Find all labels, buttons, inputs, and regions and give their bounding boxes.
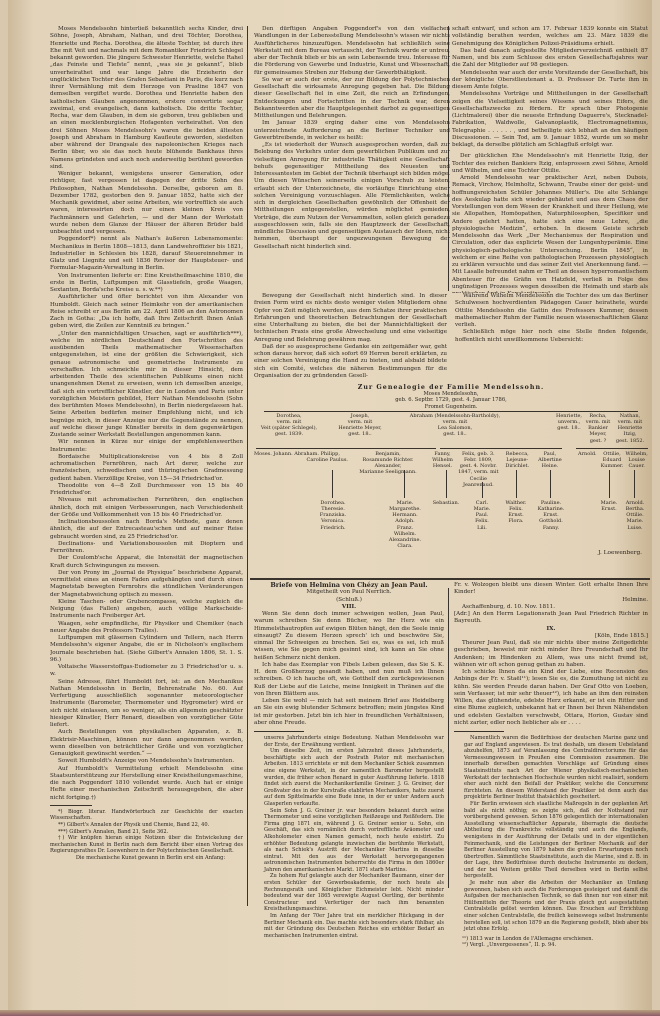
endnotes: ¹¹) 1813 war in London de l'Allemagne er…: [454, 936, 648, 949]
article-column-3: schaft entwarf, und schon am 17. Februar…: [452, 26, 648, 293]
child-recha: Recha, verm. mit Bankier Meyer, gest. ?: [584, 413, 612, 444]
child-line: gest. 18..: [324, 431, 396, 437]
footnote-divider: [454, 731, 504, 732]
grandchildren-joseph: Benjamin, Rosamunde Richter. Alexander, …: [354, 451, 422, 476]
paragraph: Inclinationsboussolen nach Borda's Metho…: [50, 519, 243, 541]
grandchild: Abraham.: [294, 451, 319, 457]
scan-edge: [0, 1010, 660, 1016]
section-divider: [250, 578, 650, 580]
letters-left-column: Briefe von Helmina von Chézy an Jean Pau…: [254, 582, 444, 939]
genealogy-root: Moses Mendelssohn, geb. 6. Septbr. 1729,…: [254, 391, 648, 410]
letters-right-column: Fr. v. Wolzogen bleibt uns diesen Winter…: [454, 582, 648, 949]
paragraph: Daß der so ausgesprochene Gedanke ein ze…: [254, 344, 447, 380]
grandchild: Fanny, Wilhelm Hensel.: [430, 451, 455, 488]
footnotes: *) Biogr. literar. Handwörterbuch zur Ge…: [50, 809, 243, 862]
child-line: gest. 1852.: [612, 438, 648, 444]
footnote-paragraph: Sein Sohn J. G. Greiner jr. war besonder…: [264, 808, 444, 874]
footnote-paragraph: Um dieselbe Zeit, im ersten Jahrzehnt di…: [264, 748, 444, 807]
tree-connector: [609, 470, 610, 498]
tree-connector: [264, 411, 638, 412]
footnote-divider: [254, 731, 304, 732]
great-grandchild: Ernst.: [596, 506, 622, 512]
article-column-2: Den dürftigen Angaben Poggendorf's von d…: [254, 26, 450, 293]
child-line: gest. ?: [584, 438, 612, 444]
footnote-continuation: Die mechanische Kunst gewann in Berlin e…: [50, 855, 243, 862]
letters-part: (Schluß.): [254, 597, 444, 604]
paragraph: Der Coulomb'sche Apparat, die Intensität…: [50, 555, 243, 570]
paragraph: Soweit Humboldt's Anzeige von Mendelssoh…: [50, 758, 243, 765]
footnote: **) Gilbert's Annalen der Physik und Che…: [50, 822, 243, 829]
letter-place-date: Aschaffenburg, d. 10. Nov. 1811.: [454, 604, 648, 611]
great-grandchild: Lili.: [468, 525, 496, 531]
paragraph: Weniger bekannt, wenigstens unserer Gene…: [50, 171, 243, 236]
paragraph: Niveaus mit achromatischen Fernröhren, d…: [50, 497, 243, 519]
grandchild: Ottilie, Eduard Kummer.: [601, 451, 624, 470]
article-column-1: Moses Mendelssohn hinterließ bekanntlich…: [50, 26, 243, 906]
paragraph: Bordaische Multiplicationskreise von 4 b…: [50, 454, 243, 483]
great-grandchild: Clara.: [386, 543, 424, 549]
article-signature: J. Loewenberg.: [254, 550, 642, 557]
paragraph: Declinations- und Variationsboussolen mi…: [50, 541, 243, 556]
letter-number-8: VIII.: [254, 604, 444, 611]
great-grandchild: Luise.: [622, 525, 648, 531]
paragraph: Von Instrumenten lieferte er: Eine Kreis…: [50, 273, 243, 295]
grandchild: Arnold.: [576, 451, 599, 470]
grandchildren-dorothea: Moses. Johann. Abraham. Philipp, Carolin…: [254, 451, 354, 463]
child-joseph: Joseph, verm. mit Henriette Meyer, gest.…: [324, 413, 396, 438]
paragraph: So war er auch der erste, der zur Bildun…: [254, 77, 450, 121]
paragraph: Mendelssohn war auch der erste Vorsitzen…: [452, 70, 648, 92]
paragraph: Der glücklichen Ehe Mendelssohn's mit He…: [452, 153, 648, 175]
tree-connector: [256, 448, 386, 449]
paragraph: Wir nennen in Kürze nur einige der empfe…: [50, 439, 243, 454]
genealogy-title: Zur Genealogie der Familie Mendelssohn.: [254, 384, 648, 391]
paragraph: Bewegung der Gesellschaft nicht hinderli…: [254, 293, 447, 344]
grandchild: Moses.: [254, 451, 272, 457]
paragraph: Arnold Mendelssohn war praktischer Arzt,…: [452, 175, 648, 293]
great-grandchildren-ottilie: Marie. Ernst.: [596, 500, 622, 512]
paragraph: Voltaische Wasserstoffgas-Eudiometer zu …: [50, 664, 243, 679]
letters-article: Briefe von Helmina von Chézy an Jean Pau…: [254, 582, 648, 1002]
footnote-paragraph: Je mehr nun aber die Arbeiten der Mechan…: [464, 880, 648, 933]
wide-left-text: Bewegung der Gesellschaft nicht hinderli…: [254, 293, 447, 380]
paragraph: Im Januar 1839 erging daher eine von Men…: [254, 120, 450, 142]
tree-connector: [576, 448, 648, 449]
paragraph: Theodolite von 4—8 Zoll Durchmesser von …: [50, 483, 243, 498]
great-grandchild: Sebastian.: [428, 500, 464, 506]
paragraph: „Es ist wiederholt der Wunsch ausgesproc…: [254, 142, 450, 251]
paragraph: Leben Sie wohl — mich hat seit meinem Br…: [254, 698, 444, 727]
tree-connector: [634, 470, 635, 498]
grandchildren-nathan: Arnold. Ottilie, Eduard Kummer. Wilhelm,…: [576, 451, 648, 470]
endnote: ¹²) Vergl. „Unvergessenes“, II. p. 94.: [454, 942, 648, 949]
tree-connector: [482, 482, 483, 498]
grandchild: Johann.: [273, 451, 292, 457]
column-divider: [247, 26, 248, 906]
column-divider: [448, 588, 449, 888]
paragraph: Auch Bestellungen von physikalischen App…: [50, 729, 243, 758]
child-line: gest. 1839.: [254, 431, 324, 437]
letters-footnote-right: Namentlich waren die Bedürfnisse der deu…: [454, 735, 648, 933]
paragraph: Ich habe das Exemplar von Fibels Leben g…: [254, 662, 444, 698]
great-grandchildren-fanny: Sebastian.: [428, 500, 464, 506]
paragraph: „Unter den mannichfaltigen Ursachen, sag…: [50, 331, 243, 440]
paragraph: Schließlich möge hier noch eine Stelle f…: [455, 329, 648, 344]
letters-footnote-continuation: unseres Jahrhunderts einige Bedeutung. N…: [254, 735, 444, 939]
footnote-paragraph: Im Anfang der 70er Jahre trat ein merkli…: [264, 913, 444, 939]
letter-number-9: IX.: [454, 626, 648, 633]
great-grandchildren-felix: Carl. Marie. Paul. Felix. Lili.: [468, 500, 496, 531]
tree-connector: [332, 470, 333, 498]
family-tree: Dorothea, verm. mit Veit (später Schlege…: [254, 410, 648, 550]
footnote-paragraph: unseres Jahrhunderts einige Bedeutung. N…: [264, 735, 444, 748]
tree-connector: [446, 470, 447, 498]
child-line: gest. 18..: [396, 431, 514, 437]
grandchild: Philipp,: [321, 451, 340, 457]
grandchild-spouse: Caroline Paulus.: [254, 457, 354, 463]
paragraph: Ich schicke Ihnen da ein Kind der Liebe,…: [454, 669, 648, 727]
paragraph: Mendelssohns Vorträge und Mittheilungen …: [452, 91, 648, 149]
child-henriette: Henriette, unverm., gest. 18..: [554, 413, 584, 432]
letter-address: [Adr.] An den Herrn Legationsrath Jean P…: [454, 611, 648, 626]
great-grandchild: Flora.: [502, 518, 530, 524]
child-nathan: Nathan, verm. mit Henriette Itzig, gest.…: [612, 413, 648, 444]
letter-place-date: [Köln, Ende 1815.]: [454, 633, 648, 640]
paragraph: Kleine Taschen- oder Grubencompasse, wel…: [50, 599, 243, 621]
child-abraham: Abraham (Mendelssohn-Bartholdy), verm. m…: [396, 413, 514, 438]
paragraph: Das bald danach aufgestellte Mitgliederv…: [452, 48, 648, 70]
great-grandchild: Fanny.: [534, 525, 568, 531]
newspaper-page: Moses Mendelssohn hinterließ bekanntlich…: [8, 0, 652, 1016]
great-grandchild: Gotthold.: [534, 518, 568, 524]
letters-subtitle: Mitgetheilt von Paul Nerrlich.: [254, 589, 444, 596]
letters-title: Briefe von Helmina von Chézy an Jean Pau…: [254, 582, 444, 589]
footnote-paragraph: Für Berlin erwiesen sich staatliche Maßr…: [464, 801, 648, 880]
grandchild: Marianne Seeligmann.: [354, 469, 422, 475]
letter-signoff: Helmine.: [454, 597, 648, 604]
great-grandchildren-philipp: Dorothea. Theresie. Franziska. Veronica.…: [316, 500, 350, 531]
great-grandchildren-alexander: Marie. Margarethe. Hermann. Adolph. Fran…: [386, 500, 424, 550]
paragraph: Der von Prony im „Journal de Physique“ b…: [50, 570, 243, 599]
paragraph: Theurer Jean Paul, daß sie mir nichts üb…: [454, 640, 648, 669]
tree-connector: [404, 470, 405, 498]
paragraph: Waagen, sehr empfindliche, für Physiker …: [50, 621, 243, 636]
footnote-divider: [50, 805, 92, 806]
great-grandchildren-rebecca: Walther. Felix. Ernst. Flora.: [502, 500, 530, 525]
grandchild: Felix, geb. 3. Febr. 1809, gest. 4. Novb…: [458, 451, 499, 488]
tree-connector: [516, 470, 517, 498]
wide-right-text: Während Wilhelm Mendelssohn die Tochter …: [455, 293, 648, 380]
paragraph: schaft entwarf, und schon am 17. Februar…: [452, 26, 648, 48]
child-line: gest. 18..: [554, 425, 584, 431]
paragraph: Luftpumpen mit gläsernen Cylindern und T…: [50, 635, 243, 664]
child-dorothea: Dorothea, verm. mit Veit (später Schlege…: [254, 413, 324, 438]
genealogy-section: Bewegung der Gesellschaft nicht hinderli…: [254, 293, 648, 557]
paragraph: Den dürftigen Angaben Poggendorf's von d…: [254, 26, 450, 77]
paragraph: Auf Humboldt's Vermittelung erhielt Mend…: [50, 766, 243, 802]
grandchildren-abraham: Fanny, Wilhelm Hensel. Felix, geb. 3. Fe…: [430, 451, 564, 488]
footnote: *) Biogr. literar. Handwörterbuch zur Ge…: [50, 809, 243, 822]
great-grandchildren-paul: Pauline. Katharine. Ernst. Gotthold. Fan…: [534, 500, 568, 531]
tree-connector: [374, 448, 436, 449]
paragraph: Seine Adresse, fährt Humboldt fort, ist:…: [50, 679, 243, 730]
paragraph: Moses Mendelssohn hinterließ bekanntlich…: [50, 26, 243, 171]
paragraph: Ausführlicher und öfter berichtet von ih…: [50, 294, 243, 330]
grandchild: Wilhelm, Louise Cauer.: [625, 451, 648, 470]
footnote: †) Wir knüpfen hieran einige Notizen übe…: [50, 835, 243, 855]
great-grandchildren-wilhelm: Arnold. Bertha. Ottilie. Marie. Luise.: [622, 500, 648, 531]
paragraph: Fr. v. Wolzogen bleibt uns diesen Winter…: [454, 582, 648, 597]
grandchild: Rebecca, Lejeune-Dirichlet.: [502, 451, 533, 488]
tree-connector: [440, 448, 562, 449]
tree-connector: [550, 470, 551, 498]
paragraph: Poggendorf*) nennt als Nathan's äußeren …: [50, 236, 243, 272]
great-grandchild: Veronica.: [316, 518, 350, 524]
footnote-paragraph: Namentlich waren die Bedürfnisse der deu…: [464, 735, 648, 801]
footnote-paragraph: Zu hohem Ruf gelangte auch der Mechanike…: [264, 873, 444, 913]
great-grandchild: Friedrich.: [316, 525, 350, 531]
paragraph: Während Wilhelm Mendelssohn die Tochter …: [455, 293, 648, 329]
paragraph: Wenn Sie denn doch immer schweigen wolle…: [254, 611, 444, 662]
